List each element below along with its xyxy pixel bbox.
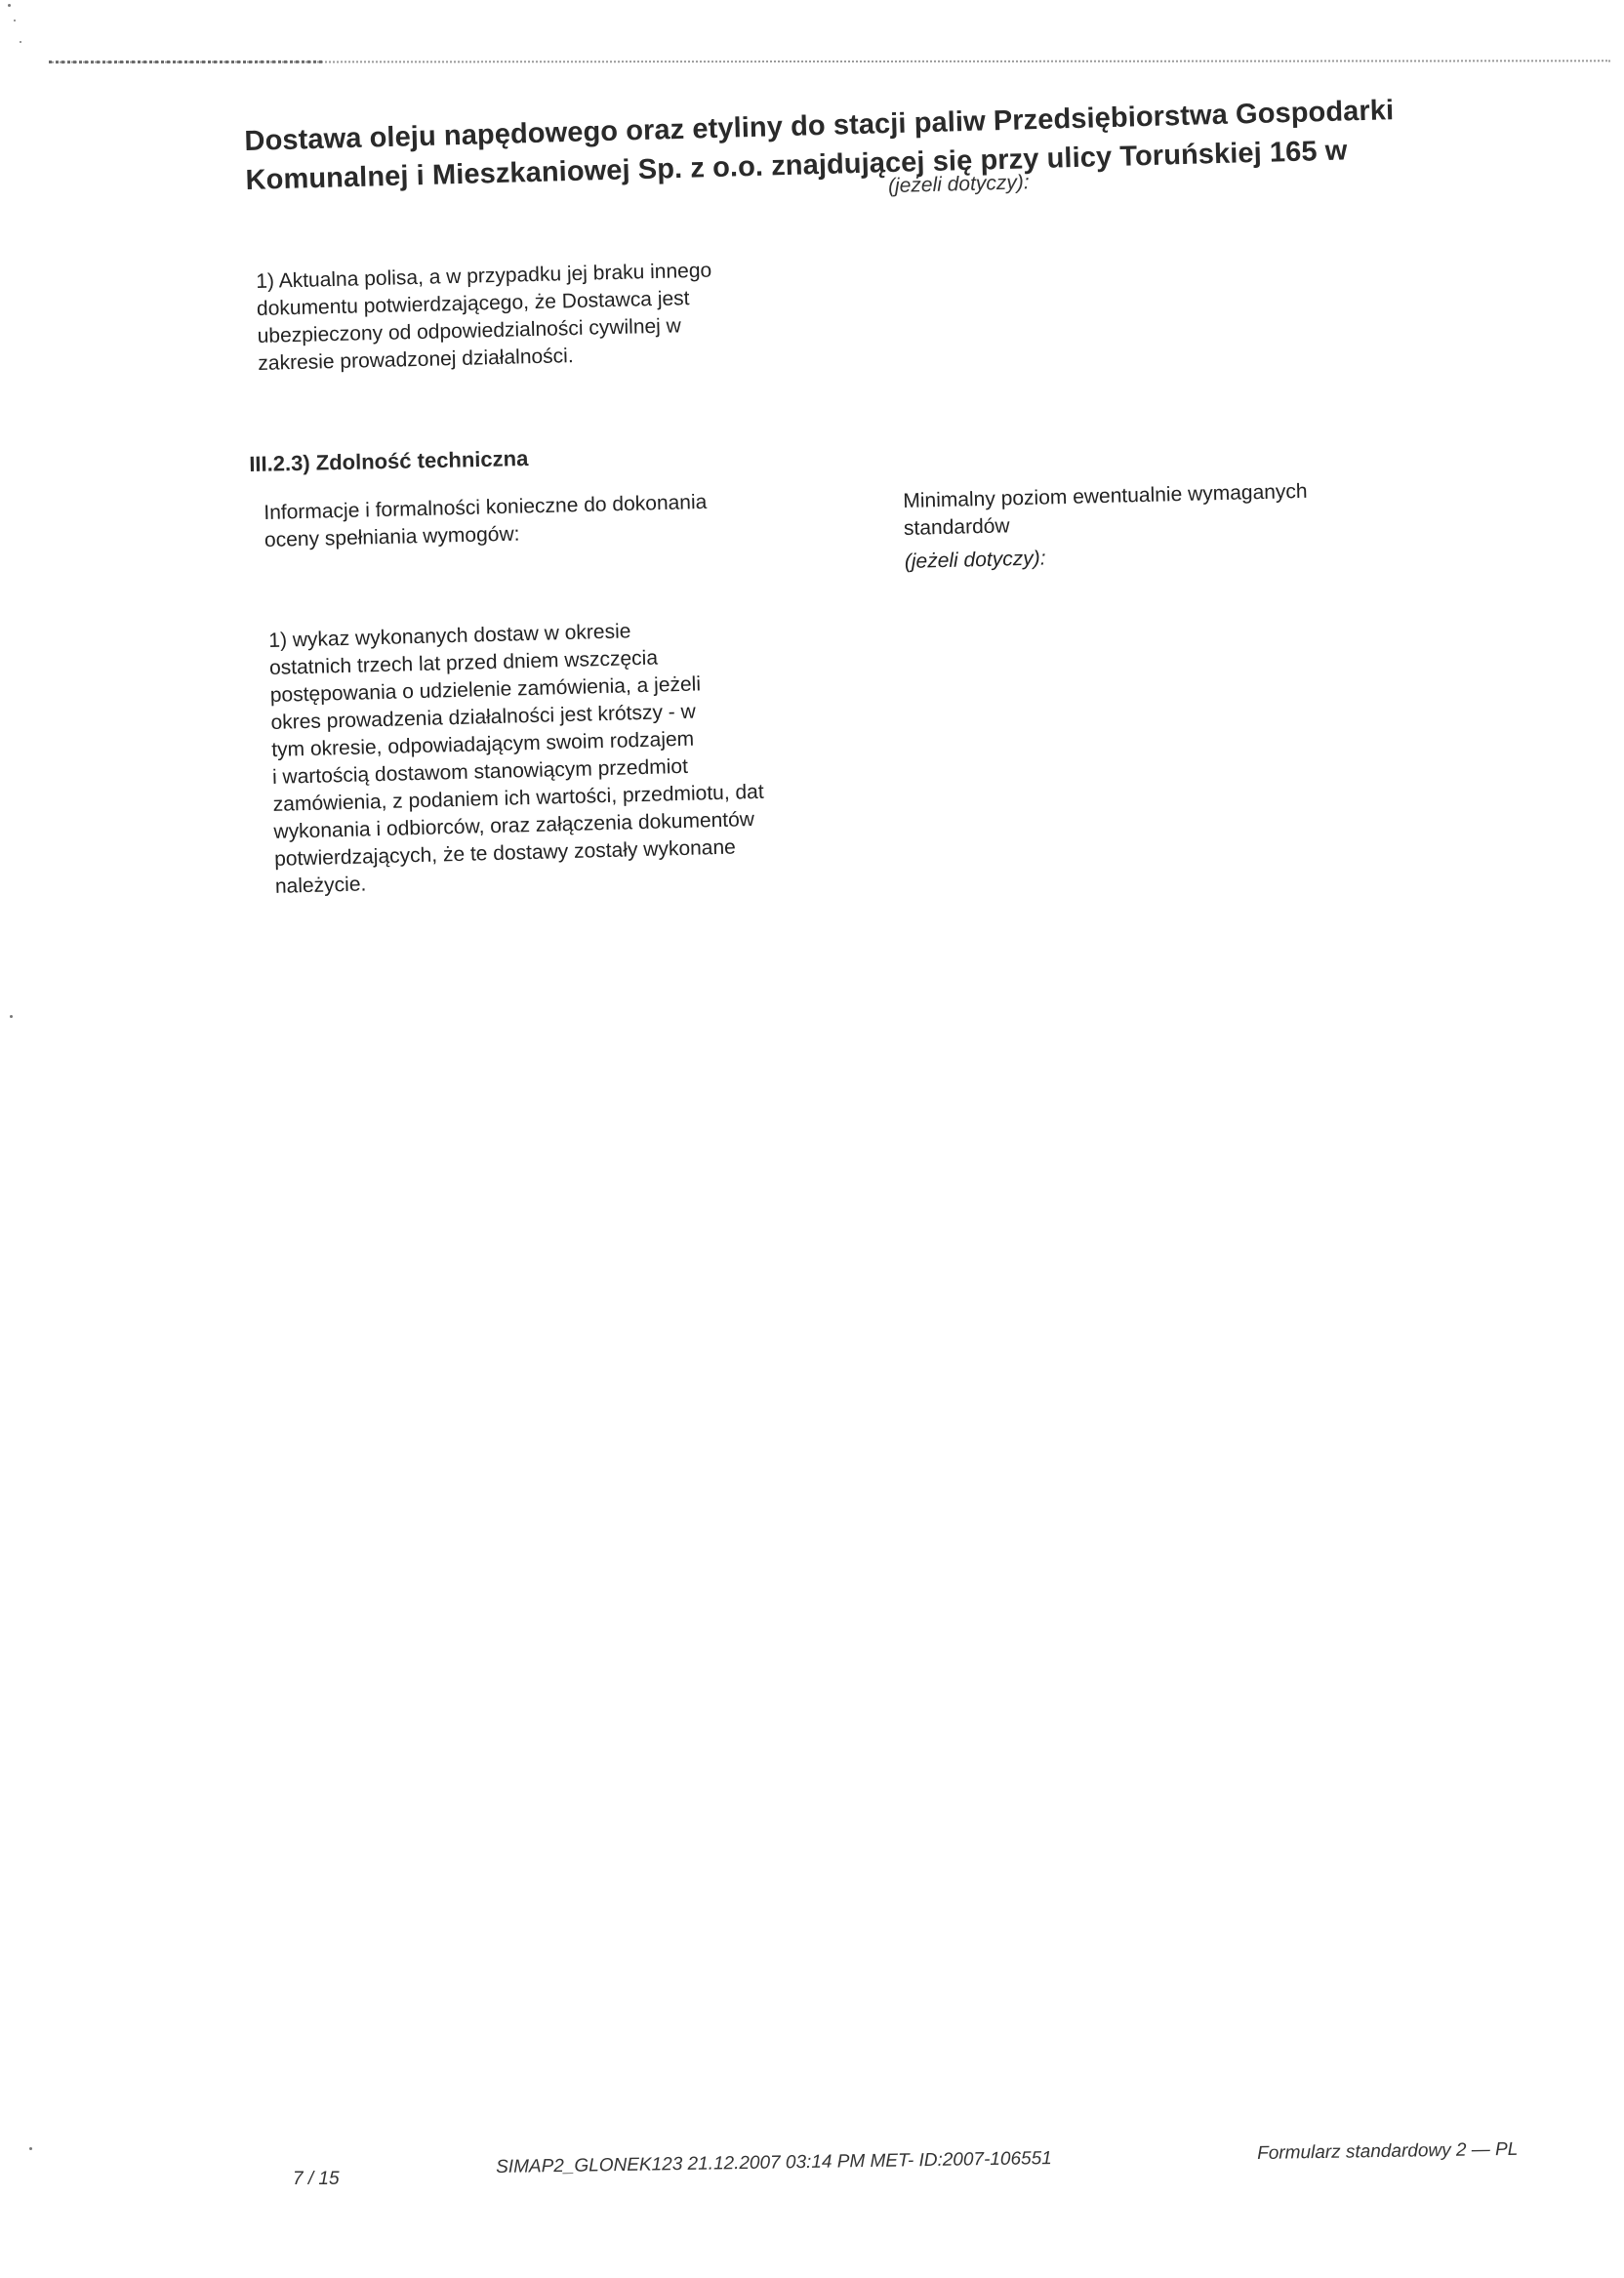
page-number: 7 / 15 [293, 2169, 340, 2190]
section-heading: III.2.3) Zdolność techniczna [249, 445, 529, 478]
minimum-standards-note: (jeżeli dotyczy): [905, 539, 1310, 576]
scan-speck [20, 41, 21, 43]
document-id: SIMAP2_GLONEK123 21.12.2007 03:14 PM MET… [496, 2148, 1052, 2178]
scan-speck [14, 20, 16, 21]
document-title: Dostawa oleju napędowego oraz etyliny do… [244, 88, 1515, 216]
minimum-standards-label: Minimalny poziom ewentualnie wymaganych … [903, 478, 1309, 576]
scan-speck [10, 1015, 13, 1018]
scan-speck [29, 2147, 32, 2150]
assessment-info-label: Informacje i formalności konieczne do do… [264, 489, 708, 554]
scan-speck [8, 4, 11, 7]
form-name: Formularz standardowy 2 — PL [1257, 2139, 1518, 2165]
technical-requirement: 1) wykaz wykonanych dostaw w okresie ost… [268, 615, 766, 901]
scan-edge-line-dense [49, 61, 322, 63]
insurance-requirement: 1) Aktualna polisa, a w przypadku jej br… [256, 258, 714, 378]
